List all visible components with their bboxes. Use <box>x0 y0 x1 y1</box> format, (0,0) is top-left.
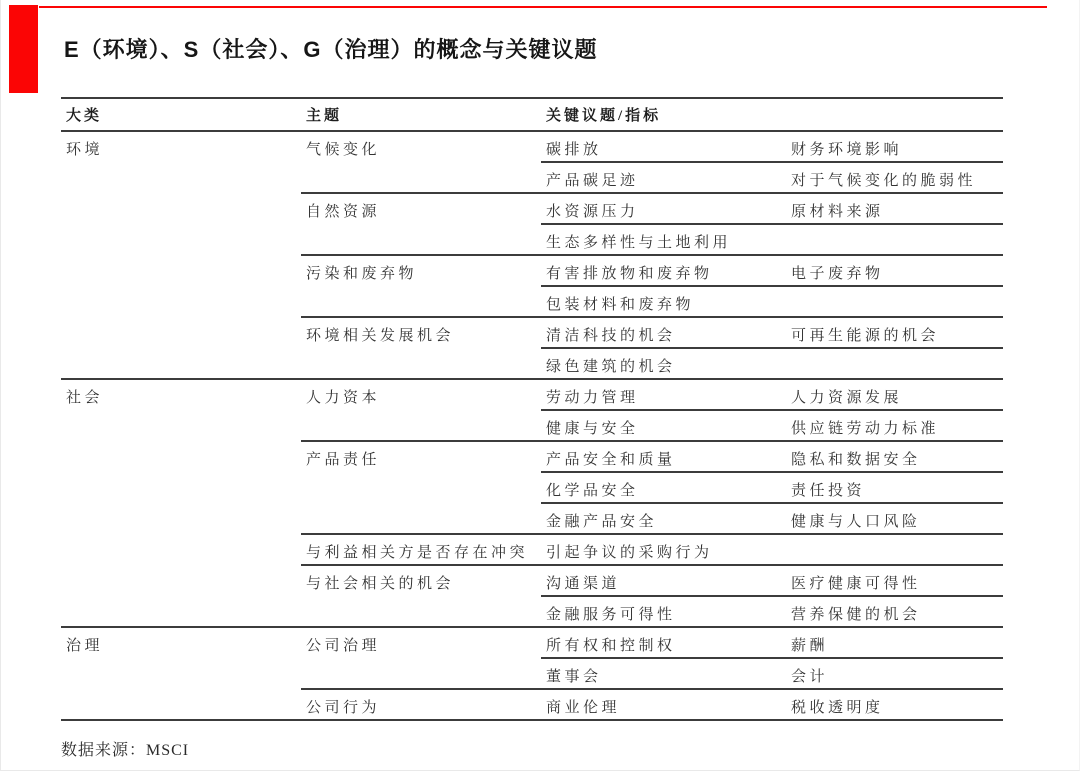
category-cell: 治理 <box>61 627 301 720</box>
page-title: E（环境）、S（社会）、G（治理）的概念与关键议题 <box>64 33 597 64</box>
theme-cell: 环境相关发展机会 <box>301 317 541 379</box>
issue-cell: 沟通渠道 <box>541 565 786 596</box>
issue-cell: 商业伦理 <box>541 689 786 720</box>
issue-cell: 绿色建筑的机会 <box>541 348 786 379</box>
issue-cell: 健康与人口风险 <box>786 503 1003 534</box>
theme-cell: 污染和废弃物 <box>301 255 541 317</box>
theme-cell: 自然资源 <box>301 193 541 255</box>
issue-cell: 金融产品安全 <box>541 503 786 534</box>
red-top-rule <box>39 6 1047 8</box>
issue-cell: 包装材料和废弃物 <box>541 286 786 317</box>
issue-cell <box>786 286 1003 317</box>
issue-cell: 会计 <box>786 658 1003 689</box>
table-body: 环境气候变化碳排放财务环境影响产品碳足迹对于气候变化的脆弱性自然资源水资源压力原… <box>61 131 1003 720</box>
issue-cell: 对于气候变化的脆弱性 <box>786 162 1003 193</box>
issue-cell: 生态多样性与土地利用 <box>541 224 786 255</box>
issue-cell: 有害排放物和废弃物 <box>541 255 786 286</box>
theme-cell: 公司治理 <box>301 627 541 689</box>
header-key-issues: 关键议题/指标 <box>541 98 1003 131</box>
issue-cell: 电子废弃物 <box>786 255 1003 286</box>
issue-cell: 水资源压力 <box>541 193 786 224</box>
table-row: 社会人力资本劳动力管理人力资源发展 <box>61 379 1003 410</box>
theme-cell: 与利益相关方是否存在冲突 <box>301 534 541 565</box>
theme-cell: 公司行为 <box>301 689 541 720</box>
source-note: 数据来源：MSCI <box>61 737 189 760</box>
theme-cell: 与社会相关的机会 <box>301 565 541 627</box>
issue-cell: 隐私和数据安全 <box>786 441 1003 472</box>
header-row: 大类 主题 关键议题/指标 <box>61 98 1003 131</box>
category-cell: 社会 <box>61 379 301 627</box>
theme-cell: 产品责任 <box>301 441 541 534</box>
issue-cell: 营养保健的机会 <box>786 596 1003 627</box>
issue-cell: 金融服务可得性 <box>541 596 786 627</box>
red-accent-block <box>9 5 38 93</box>
issue-cell: 化学品安全 <box>541 472 786 503</box>
page: { "colors": { "accent": "#fb0505", "rule… <box>0 0 1080 771</box>
header-theme: 主题 <box>301 98 541 131</box>
issue-cell: 供应链劳动力标准 <box>786 410 1003 441</box>
table-row: 治理公司治理所有权和控制权薪酬 <box>61 627 1003 658</box>
issue-cell: 人力资源发展 <box>786 379 1003 410</box>
issue-cell: 碳排放 <box>541 131 786 162</box>
theme-cell: 气候变化 <box>301 131 541 193</box>
table-row: 环境气候变化碳排放财务环境影响 <box>61 131 1003 162</box>
issue-cell: 医疗健康可得性 <box>786 565 1003 596</box>
issue-cell: 所有权和控制权 <box>541 627 786 658</box>
issue-cell: 产品碳足迹 <box>541 162 786 193</box>
issue-cell: 产品安全和质量 <box>541 441 786 472</box>
table-header: 大类 主题 关键议题/指标 <box>61 98 1003 131</box>
issue-cell: 引起争议的采购行为 <box>541 534 786 565</box>
issue-cell: 财务环境影响 <box>786 131 1003 162</box>
issue-cell <box>786 224 1003 255</box>
issue-cell: 清洁科技的机会 <box>541 317 786 348</box>
issue-cell: 原材料来源 <box>786 193 1003 224</box>
issue-cell: 劳动力管理 <box>541 379 786 410</box>
issue-cell <box>786 348 1003 379</box>
category-cell: 环境 <box>61 131 301 379</box>
theme-cell: 人力资本 <box>301 379 541 441</box>
issue-cell: 可再生能源的机会 <box>786 317 1003 348</box>
issue-cell: 税收透明度 <box>786 689 1003 720</box>
esg-concepts-table: 大类 主题 关键议题/指标 环境气候变化碳排放财务环境影响产品碳足迹对于气候变化… <box>61 97 1003 721</box>
issue-cell: 董事会 <box>541 658 786 689</box>
header-category: 大类 <box>61 98 301 131</box>
issue-cell <box>786 534 1003 565</box>
issue-cell: 薪酬 <box>786 627 1003 658</box>
issue-cell: 责任投资 <box>786 472 1003 503</box>
issue-cell: 健康与安全 <box>541 410 786 441</box>
